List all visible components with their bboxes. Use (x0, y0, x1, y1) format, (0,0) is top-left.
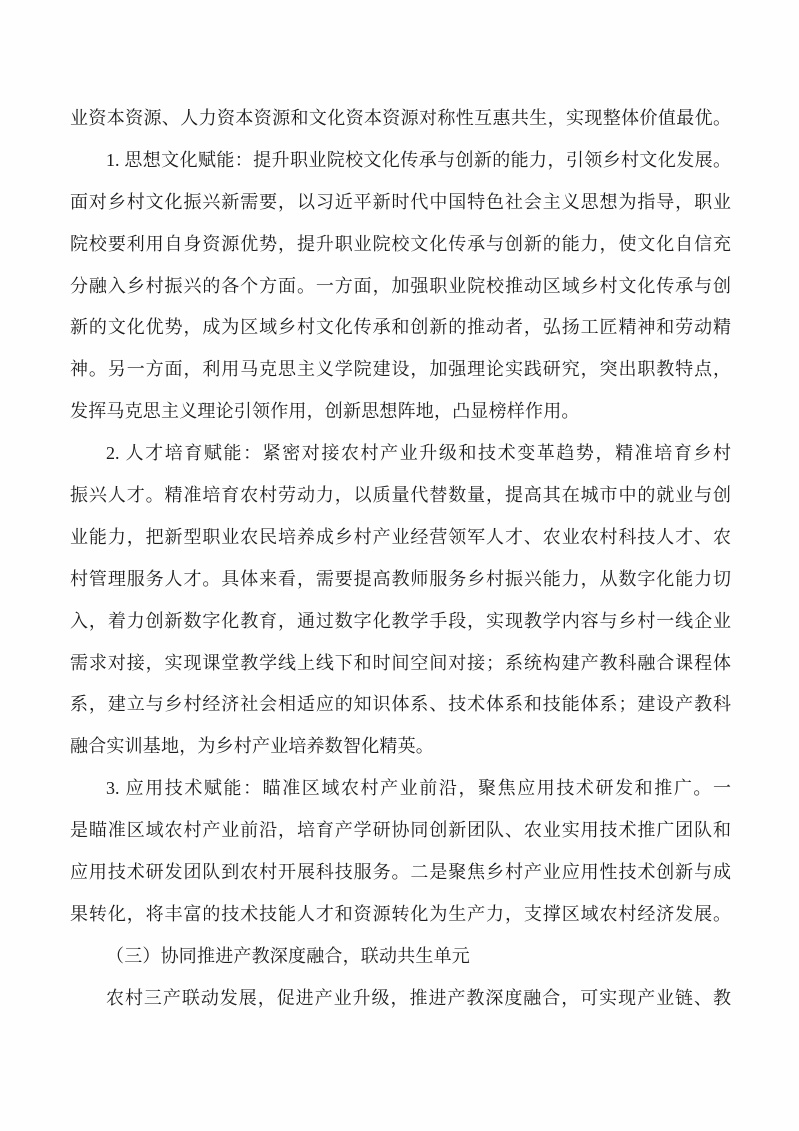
text-line: 业资本资源、人力资本资源和文化资本资源对称性互惠共生，实现整体价值最优。 (70, 98, 731, 140)
text-line: 系，建立与乡村经济社会相适应的知识体系、技术体系和技能体系；建设产教科 (70, 684, 731, 726)
text-line: 院校要利用自身资源优势，提升职业院校文化传承与创新的能力，使文化自信充 (70, 224, 731, 266)
text-line: （三）协同推进产教深度融合，联动共生单元 (70, 936, 731, 978)
text-line: 融合实训基地，为乡村产业培养数智化精英。 (70, 726, 731, 768)
text-block: 业资本资源、人力资本资源和文化资本资源对称性互惠共生，实现整体价值最优。 1. … (70, 98, 731, 1020)
text-line: 神。另一方面，利用马克思主义学院建设，加强理论实践研究，突出职教特点， (70, 349, 731, 391)
text-line: 2. 人才培育赋能：紧密对接农村产业升级和技术变革趋势，精准培育乡村 (70, 433, 731, 475)
text-line: 振兴人才。精准培育农村劳动力，以质量代替数量，提高其在城市中的就业与创 (70, 475, 731, 517)
text-line: 入，着力创新数字化教育，通过数字化教学手段，实现教学内容与乡村一线企业 (70, 601, 731, 643)
text-line: 需求对接，实现课堂教学线上线下和时间空间对接；系统构建产教科融合课程体 (70, 643, 731, 685)
text-line: 农村三产联动发展，促进产业升级，推进产教深度融合，可实现产业链、教 (70, 978, 731, 1020)
text-line: 应用技术研发团队到农村开展科技服务。二是聚焦乡村产业应用性技术创新与成 (70, 852, 731, 894)
text-line: 发挥马克思主义理论引领作用，创新思想阵地，凸显榜样作用。 (70, 391, 731, 433)
text-line: 分融入乡村振兴的各个方面。一方面，加强职业院校推动区域乡村文化传承与创 (70, 266, 731, 308)
text-line: 1. 思想文化赋能：提升职业院校文化传承与创新的能力，引领乡村文化发展。 (70, 140, 731, 182)
document-page: 业资本资源、人力资本资源和文化资本资源对称性互惠共生，实现整体价值最优。 1. … (0, 0, 799, 1131)
text-line: 业能力，把新型职业农民培养成乡村产业经营领军人才、农业农村科技人才、农 (70, 517, 731, 559)
text-line: 面对乡村文化振兴新需要，以习近平新时代中国特色社会主义思想为指导，职业 (70, 182, 731, 224)
text-line: 3. 应用技术赋能：瞄准区域农村产业前沿，聚焦应用技术研发和推广。一 (70, 768, 731, 810)
text-line: 果转化，将丰富的技术技能人才和资源转化为生产力，支撑区域农村经济发展。 (70, 894, 731, 936)
text-line: 村管理服务人才。具体来看，需要提高教师服务乡村振兴能力，从数字化能力切 (70, 559, 731, 601)
text-line: 新的文化优势，成为区域乡村文化传承和创新的推动者，弘扬工匠精神和劳动精 (70, 307, 731, 349)
text-line: 是瞄准区域农村产业前沿，培育产学研协同创新团队、农业实用技术推广团队和 (70, 810, 731, 852)
